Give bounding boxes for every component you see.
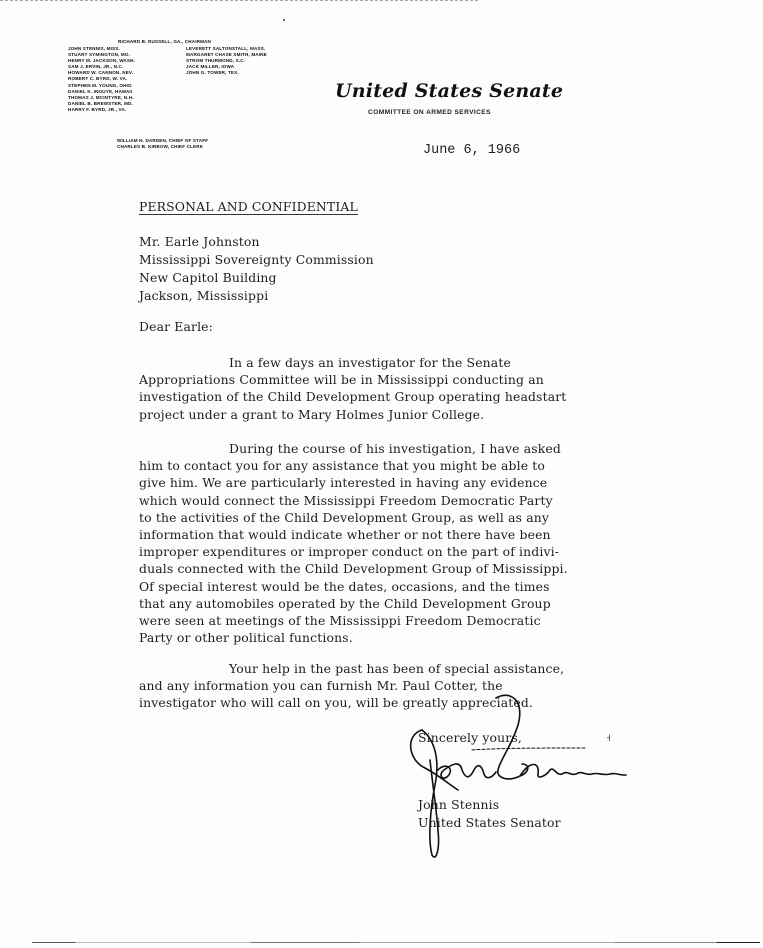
address-line: Mr. Earle Johnston — [139, 233, 374, 251]
member-name: Harry F. Byrd, Jr., Va. — [68, 107, 135, 113]
pen-mark: ˧ — [606, 733, 611, 744]
paragraph-line: During the course of his investigation, … — [139, 440, 568, 457]
salutation: Dear Earle: — [139, 318, 213, 336]
paragraph-line: investigation of the Child Development G… — [139, 388, 566, 405]
paragraph-line: Party or other political functions. — [139, 629, 568, 646]
paragraph-line: information that would indicate whether … — [139, 526, 568, 543]
body-paragraph-2: During the course of his investigation, … — [139, 440, 568, 646]
paragraph-line: which would connect the Mississippi Free… — [139, 492, 568, 509]
address-line: New Capitol Building — [139, 269, 374, 287]
letterhead-staff: William H. Darden, Chief of Staff Charle… — [117, 138, 208, 150]
handwritten-signature — [400, 690, 640, 880]
paragraph-line: give him. We are particularly interested… — [139, 474, 568, 491]
member-name: Stephen M. Young, Ohio — [68, 83, 135, 89]
letterhead-chairman: Richard B. Russell, Ga., Chairman — [118, 39, 211, 45]
classification-heading: PERSONAL AND CONFIDENTIAL — [139, 199, 358, 215]
paragraph-line: to the activities of the Child Developme… — [139, 509, 568, 526]
scan-top-edge — [0, 0, 478, 1]
member-name: Thomas J. McIntyre, N.H. — [68, 95, 135, 101]
member-name: John G. Tower, Tex. — [186, 70, 267, 76]
scan-bottom-edge — [32, 942, 760, 943]
paragraph-line: were seen at meetings of the Mississippi… — [139, 612, 568, 629]
letterhead-members-majority: John Stennis, Miss. Stuart Symington, Mo… — [68, 46, 135, 113]
senate-masthead: United States Senate — [335, 80, 570, 102]
paragraph-line: Appropriations Committee will be in Miss… — [139, 371, 566, 388]
paragraph-line: Of special interest would be the dates, … — [139, 578, 568, 595]
member-name: Robert C. Byrd, W. Va. — [68, 76, 135, 82]
address-line: Jackson, Mississippi — [139, 287, 374, 305]
member-name: Daniel K. Inouye, Hawaii — [68, 89, 135, 95]
paragraph-line: duals connected with the Child Developme… — [139, 560, 568, 577]
paragraph-line: project under a grant to Mary Holmes Jun… — [139, 406, 566, 423]
paragraph-line: In a few days an investigator for the Se… — [139, 354, 566, 371]
paragraph-line: Your help in the past has been of specia… — [139, 660, 564, 677]
body-paragraph-1: In a few days an investigator for the Se… — [139, 354, 566, 423]
address-line: Mississippi Sovereignty Commission — [139, 251, 374, 269]
paragraph-line: him to contact you for any assistance th… — [139, 457, 568, 474]
paragraph-line: improper expenditures or improper conduc… — [139, 543, 568, 560]
scan-speck — [283, 19, 285, 21]
letter-date: June 6, 1966 — [423, 143, 520, 158]
letterhead-members-minority: Leverett Saltonstall, Mass. Margaret Cha… — [186, 46, 267, 76]
staff-name: Charles B. Kirbow, Chief Clerk — [117, 144, 208, 150]
paragraph-line: that any automobiles operated by the Chi… — [139, 595, 568, 612]
committee-name: COMMITTEE ON ARMED SERVICES — [368, 109, 491, 116]
recipient-address: Mr. Earle Johnston Mississippi Sovereign… — [139, 233, 374, 305]
